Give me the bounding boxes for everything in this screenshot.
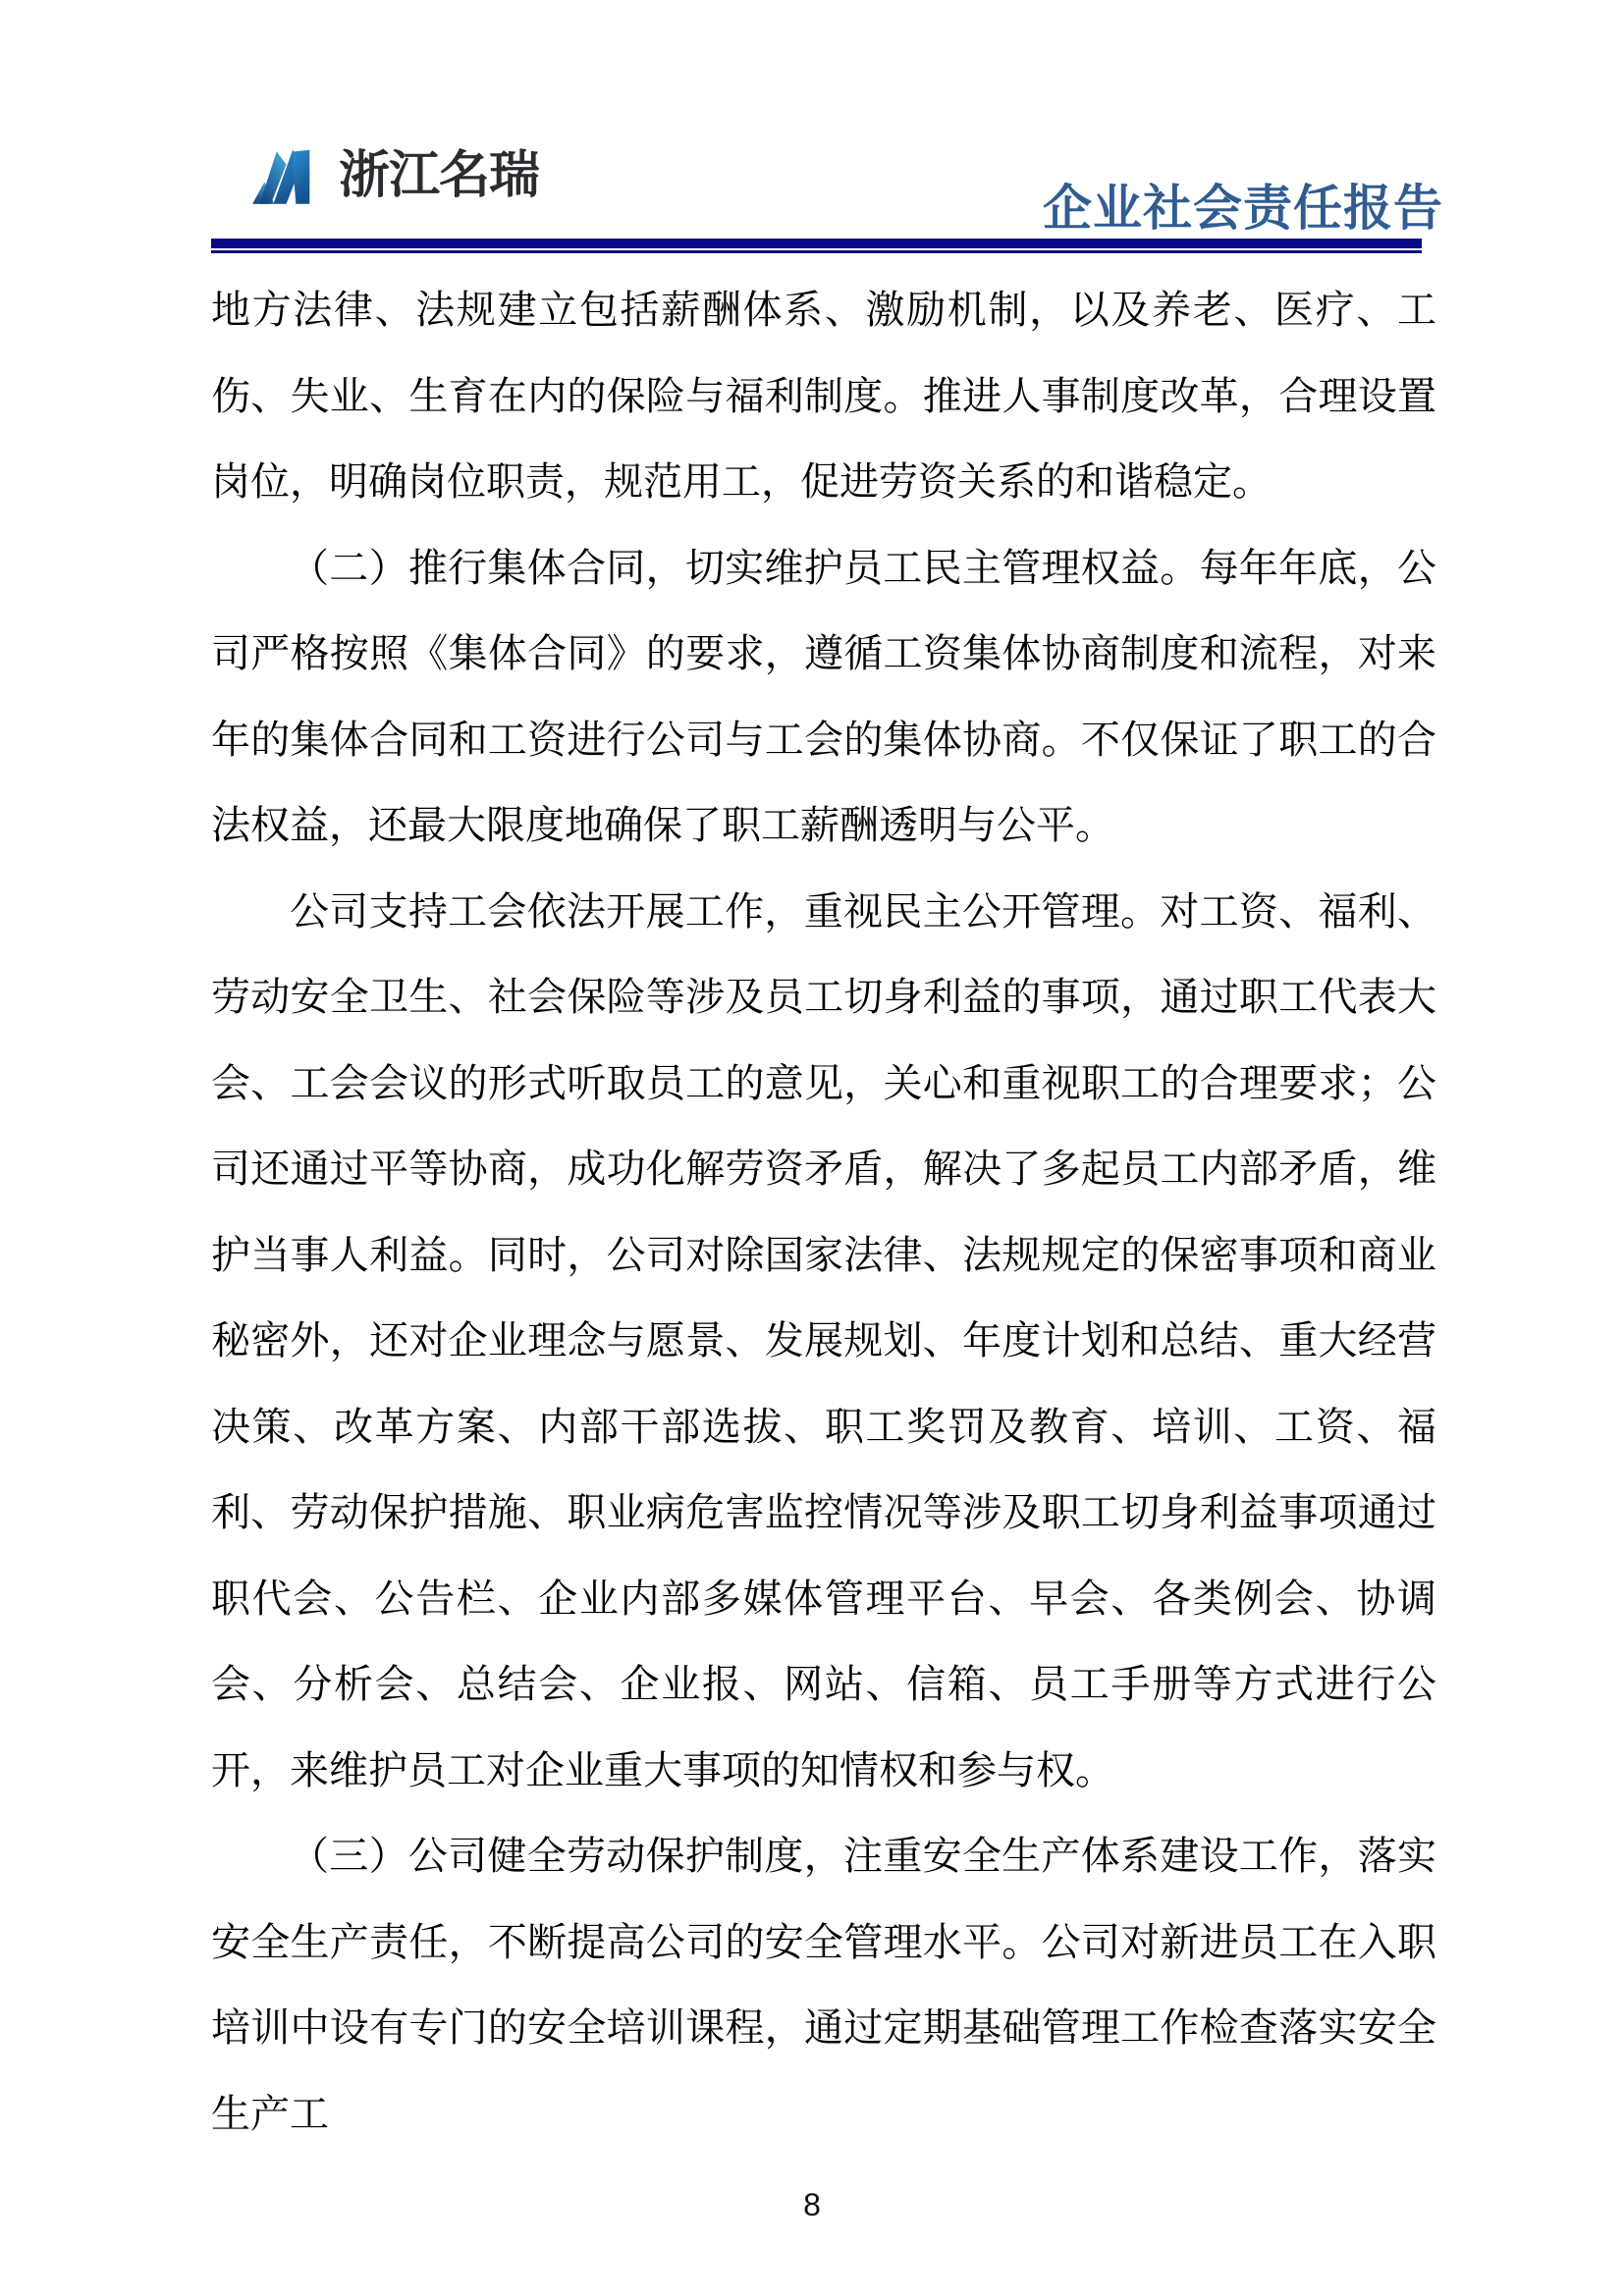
document-body: 地方法律、法规建立包括薪酬体系、激励机制，以及养老、医疗、工伤、失业、生育在内的…: [211, 267, 1436, 2157]
mountain-logo-icon: [248, 145, 329, 206]
document-page: 浙江名瑞 企业社会责任报告 地方法律、法规建立包括薪酬体系、激励机制，以及养老、…: [0, 0, 1624, 2296]
paragraph: （二）推行集体合同，切实维护员工民主管理权益。每年年底，公司严格按照《集体合同》…: [211, 525, 1436, 869]
header-divider: [211, 239, 1422, 253]
paragraph: 地方法律、法规建立包括薪酬体系、激励机制，以及养老、医疗、工伤、失业、生育在内的…: [211, 267, 1436, 525]
paragraph: 公司支持工会依法开展工作，重视民主公开管理。对工资、福利、劳动安全卫生、社会保险…: [211, 869, 1436, 1814]
brand-logo: 浙江名瑞: [248, 145, 539, 206]
brand-name: 浙江名瑞: [339, 145, 539, 206]
paragraph: （三）公司健全劳动保护制度，注重安全生产体系建设工作，落实安全生产责任，不断提高…: [211, 1813, 1436, 2157]
report-title: 企业社会责任报告: [1043, 183, 1443, 234]
page-number: 8: [0, 2187, 1624, 2222]
